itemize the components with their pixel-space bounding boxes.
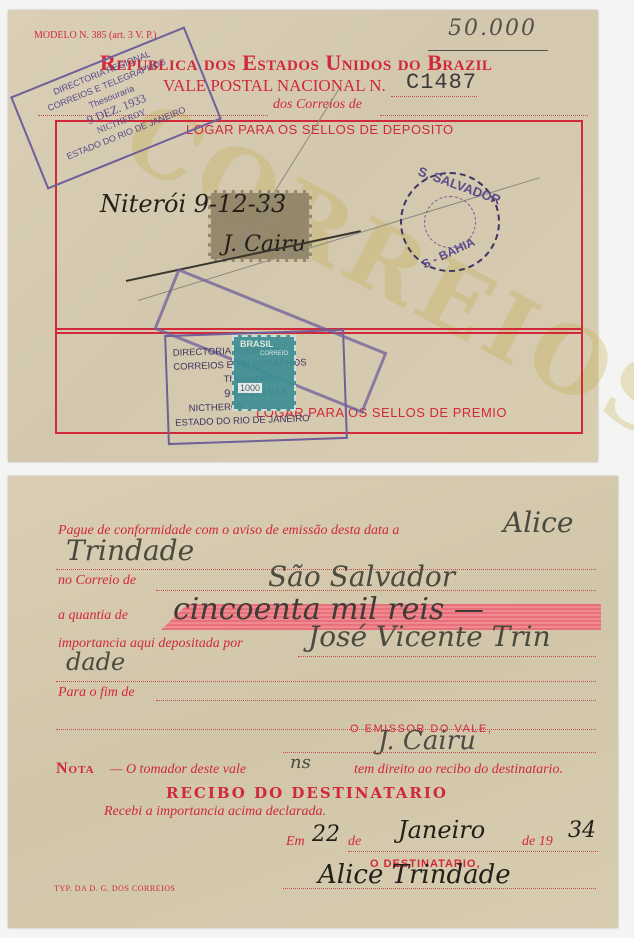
receipt-title: RECIBO DO DESTINATARIO <box>166 784 448 802</box>
postmark-inner-ring <box>424 196 476 248</box>
post-office-line <box>156 590 596 591</box>
handwritten-place-date: Niterói 9-12-33 <box>100 190 286 218</box>
date-line <box>348 851 598 852</box>
nota-label: Nota <box>56 760 95 778</box>
post-office-value: São Salvador <box>268 560 455 593</box>
deposited-by-value: José Vicente Trin <box>308 620 551 653</box>
date-de-1: de <box>348 834 361 850</box>
recipient-signature: Alice Trindade <box>318 860 511 890</box>
deposited-by-value-cont: dade <box>66 648 125 676</box>
receipt-text: Recebi a importancia acima declarada. <box>104 804 326 820</box>
stamp-country: BRASIL <box>240 339 274 349</box>
payee-first-name: Alice <box>503 506 573 539</box>
printer-label: TYP. DA D. G. DOS CORREIOS <box>54 884 175 893</box>
serial-underline <box>391 96 477 97</box>
stamp-value: 1000 <box>238 383 262 393</box>
deposited-by-line <box>298 656 596 657</box>
payee-last-name: Trindade <box>66 534 194 567</box>
money-order-back: Pague de conformidade com o aviso de emi… <box>8 476 618 928</box>
recipient-line <box>283 888 596 889</box>
purpose-line <box>156 700 596 701</box>
deposit-box-label: LOGAR PARA OS SELLOS DE DEPOSITO <box>186 122 454 137</box>
round-postmark: S. SALVADOR S - BAHIA <box>400 172 500 272</box>
stamp-label: CORREIO <box>260 351 288 357</box>
date-prefix: Em <box>286 834 305 850</box>
model-label: MODELO N. 385 (art. 3 V. P.) <box>34 30 156 41</box>
amount-label: a quantia de <box>58 608 128 624</box>
date-year: 34 <box>568 818 596 843</box>
nota-text-a: — O tomador deste vale <box>110 762 246 778</box>
date-day: 22 <box>312 822 340 847</box>
postage-stamp: BRASIL CORREIO 1000 <box>232 335 296 411</box>
deposited-by-line-2 <box>56 681 596 682</box>
serial-number: C1487 <box>406 70 477 95</box>
issuer-line <box>283 752 596 753</box>
purpose-line-2 <box>56 729 596 730</box>
date-month: Janeiro <box>398 816 485 844</box>
post-office-label: no Correio de <box>58 573 136 589</box>
purpose-label: Para o fim de <box>58 685 135 701</box>
money-order-front: CORREIOS MODELO N. 385 (art. 3 V. P.) 50… <box>8 10 598 462</box>
nota-handwritten: ns <box>290 752 311 773</box>
correios-label: dos Correios de <box>273 97 362 113</box>
nota-text-b: tem direito ao recibo do destinatario. <box>354 762 563 778</box>
correios-line-right <box>380 115 588 116</box>
date-de-2: de 19 <box>522 834 553 850</box>
handwritten-amount: 50.000 <box>448 16 537 41</box>
